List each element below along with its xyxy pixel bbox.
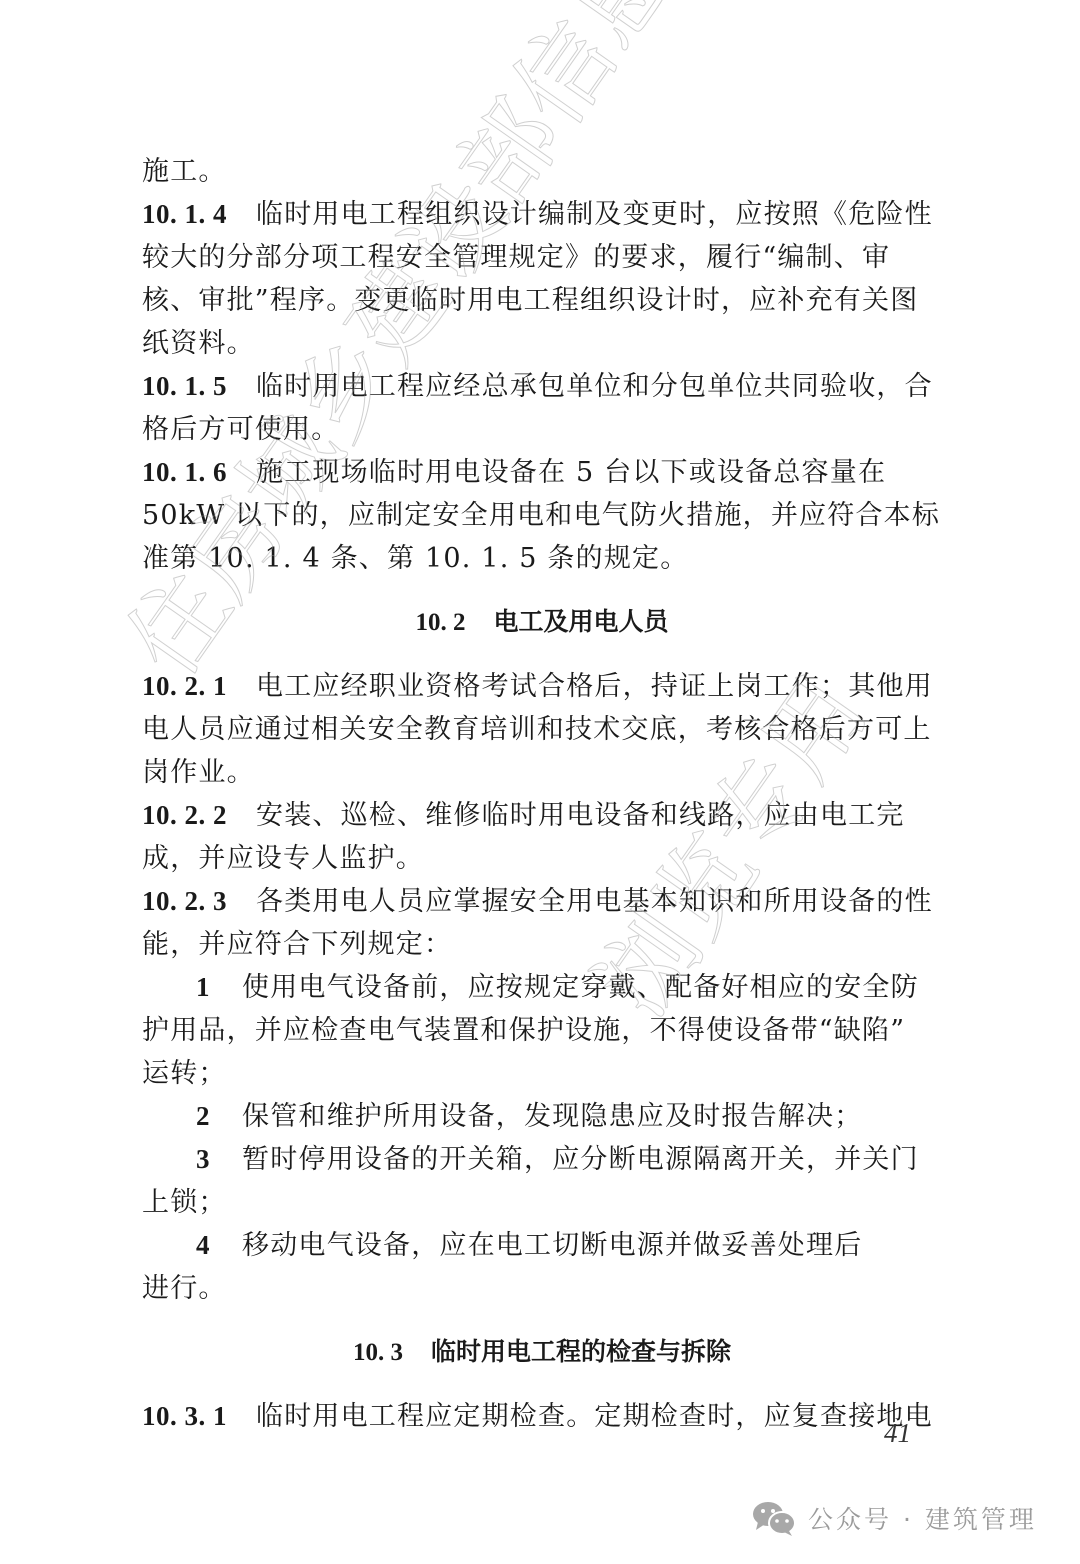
clause-text: 准第 10. 1. 4 条、第 10. 1. 5 条的规定。	[142, 543, 688, 574]
wechat-icon	[752, 1500, 796, 1536]
item-text: 进行。	[142, 1273, 227, 1304]
text-line: 岗作业。	[142, 751, 942, 794]
clause-number: 10. 2. 2	[142, 794, 256, 837]
clause-text: 50kW 以下的，应制定安全用电和电气防火措施，并应符合本标	[142, 500, 940, 531]
list-item-4: 4移动电气设备，应在电工切断电源并做妥善处理后	[142, 1224, 942, 1267]
section-title: 电工及用电人员	[493, 607, 668, 636]
item-number: 2	[142, 1095, 242, 1138]
clause-text: 临时用电工程组织设计编制及变更时，应按照《危险性	[256, 199, 933, 230]
clause-text: 各类用电人员应掌握安全用电基本知识和所用设备的性	[256, 886, 933, 917]
item-text: 移动电气设备，应在电工切断电源并做妥善处理后	[242, 1230, 862, 1261]
document-page: 施工。 10. 1. 4临时用电工程组织设计编制及变更时，应按照《危险性 较大的…	[142, 150, 942, 1438]
text-line: 纸资料。	[142, 322, 942, 365]
list-item-2: 2保管和维护所用设备，发现隐患应及时报告解决；	[142, 1095, 942, 1138]
item-number: 1	[142, 966, 242, 1009]
text-line: 50kW 以下的，应制定安全用电和电气防火措施，并应符合本标	[142, 494, 942, 537]
clause-text: 较大的分部分项工程安全管理规定》的要求，履行“编制、审	[142, 242, 890, 273]
clause-text: 电工应经职业资格考试合格后，持证上岗工作；其他用	[256, 671, 933, 702]
section-title: 临时用电工程的检查与拆除	[431, 1337, 731, 1366]
clause-text: 核、审批”程序。变更临时用电工程组织设计时，应补充有关图	[142, 285, 918, 316]
text-line: 能，并应符合下列规定：	[142, 923, 942, 966]
text-line: 护用品，并应检查电气装置和保护设施，不得使设备带“缺陷”	[142, 1009, 942, 1052]
text-line: 上锁；	[142, 1181, 942, 1224]
text-line: 格后方可使用。	[142, 408, 942, 451]
item-text: 暂时停用设备的开关箱，应分断电源隔离开关，并关门	[242, 1144, 919, 1175]
clause-text: 能，并应符合下列规定：	[142, 929, 452, 960]
item-number: 4	[142, 1224, 242, 1267]
item-text: 使用电气设备前，应按规定穿戴、配备好相应的安全防	[242, 972, 919, 1003]
text-line: 电人员应通过相关安全教育培训和技术交底，考核合格后方可上	[142, 708, 942, 751]
item-text: 保管和维护所用设备，发现隐患应及时报告解决；	[242, 1101, 862, 1132]
clause-number: 10. 2. 3	[142, 880, 256, 923]
text-line: 准第 10. 1. 4 条、第 10. 1. 5 条的规定。	[142, 537, 942, 580]
clause-text: 电人员应通过相关安全教育培训和技术交底，考核合格后方可上	[142, 714, 932, 745]
clause-10-1-6: 10. 1. 6施工现场临时用电设备在 5 台以下或设备总容量在	[142, 451, 942, 494]
text-line: 进行。	[142, 1267, 942, 1310]
list-item-3: 3暂时停用设备的开关箱，应分断电源隔离开关，并关门	[142, 1138, 942, 1181]
clause-10-2-2: 10. 2. 2安装、巡检、维修临时用电设备和线路，应由电工完	[142, 794, 942, 837]
clause-10-2-1: 10. 2. 1电工应经职业资格考试合格后，持证上岗工作；其他用	[142, 665, 942, 708]
item-text: 上锁；	[142, 1187, 227, 1218]
clause-text: 格后方可使用。	[142, 414, 339, 445]
clause-10-1-4: 10. 1. 4临时用电工程组织设计编制及变更时，应按照《危险性	[142, 193, 942, 236]
paragraph-text: 施工。	[142, 156, 227, 187]
clause-number: 10. 1. 4	[142, 193, 256, 236]
clause-text: 成，并应设专人监护。	[142, 843, 424, 874]
clause-text: 纸资料。	[142, 328, 255, 359]
clause-text: 临时用电工程应定期检查。定期检查时，应复查接地电	[256, 1401, 933, 1432]
section-heading-10-2: 10. 2电工及用电人员	[142, 600, 942, 643]
page-number: 41	[884, 1418, 911, 1449]
clause-10-1-5: 10. 1. 5临时用电工程应经总承包单位和分包单位共同验收，合	[142, 365, 942, 408]
clause-number: 10. 1. 5	[142, 365, 256, 408]
clause-number: 10. 1. 6	[142, 451, 256, 494]
clause-number: 10. 3. 1	[142, 1395, 256, 1438]
item-number: 3	[142, 1138, 242, 1181]
section-heading-10-3: 10. 3临时用电工程的检查与拆除	[142, 1330, 942, 1373]
item-text: 护用品，并应检查电气装置和保护设施，不得使设备带“缺陷”	[142, 1015, 905, 1046]
list-item-1: 1使用电气设备前，应按规定穿戴、配备好相应的安全防	[142, 966, 942, 1009]
wechat-account-footer: 公众号 · 建筑管理	[752, 1500, 1037, 1536]
clause-text: 安装、巡检、维修临时用电设备和线路，应由电工完	[256, 800, 905, 831]
section-number: 10. 2	[415, 609, 465, 636]
clause-text: 施工现场临时用电设备在 5 台以下或设备总容量在	[256, 457, 886, 488]
text-line: 较大的分部分项工程安全管理规定》的要求，履行“编制、审	[142, 236, 942, 279]
text-line: 运转；	[142, 1052, 942, 1095]
section-number: 10. 3	[353, 1339, 403, 1366]
text-line: 施工。	[142, 150, 942, 193]
item-text: 运转；	[142, 1058, 227, 1089]
clause-number: 10. 2. 1	[142, 665, 256, 708]
footer-label: 公众号 · 建筑管理	[808, 1500, 1037, 1536]
clause-10-3-1: 10. 3. 1临时用电工程应定期检查。定期检查时，应复查接地电	[142, 1395, 942, 1438]
clause-text: 岗作业。	[142, 757, 255, 788]
text-line: 成，并应设专人监护。	[142, 837, 942, 880]
clause-10-2-3: 10. 2. 3各类用电人员应掌握安全用电基本知识和所用设备的性	[142, 880, 942, 923]
clause-text: 临时用电工程应经总承包单位和分包单位共同验收，合	[256, 371, 933, 402]
text-line: 核、审批”程序。变更临时用电工程组织设计时，应补充有关图	[142, 279, 942, 322]
